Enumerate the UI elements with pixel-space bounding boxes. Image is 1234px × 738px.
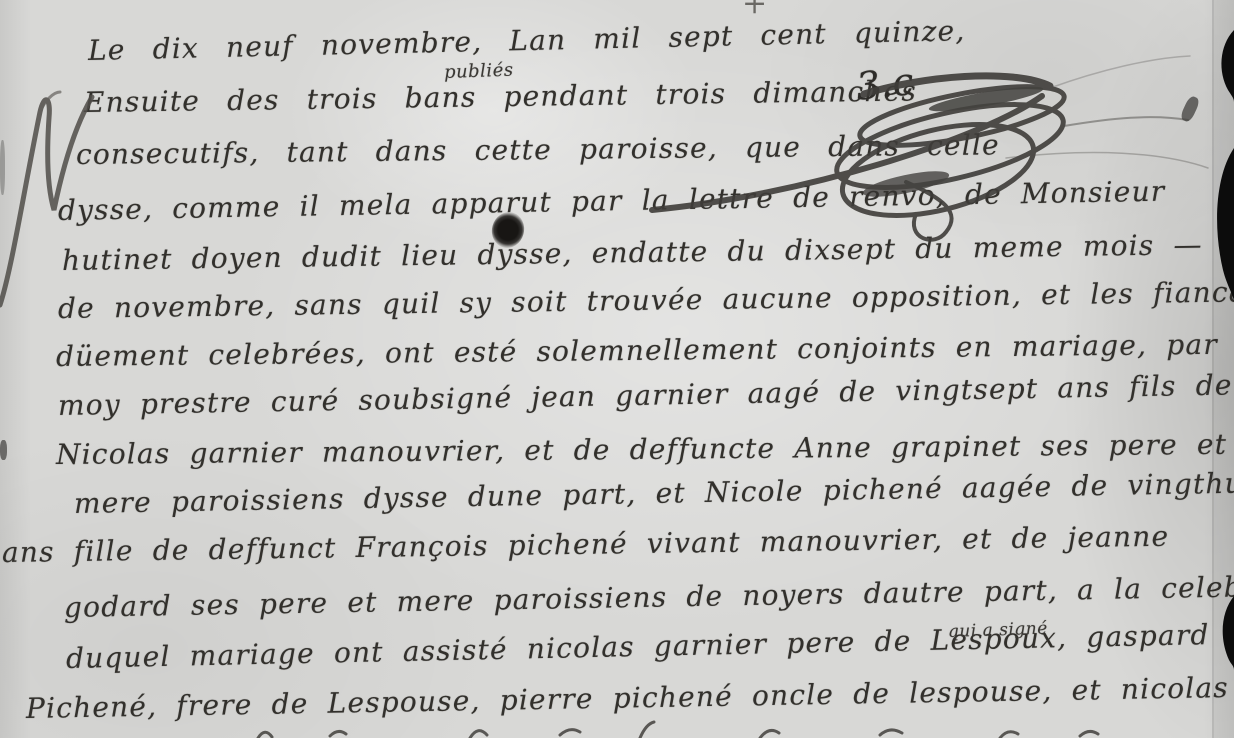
scan-edge-speck — [0, 440, 7, 460]
manuscript-line: düement celebrées, ont esté solemnelleme… — [56, 328, 1218, 373]
manuscript-line: Nicolas garnier manouvrier, et de deffun… — [56, 428, 1227, 471]
manuscript-line: ans fille de deffunct François pichené v… — [2, 520, 1170, 569]
scan-edge-speck — [0, 140, 5, 195]
manuscript-line: hutinet doyen dudit lieu dysse, endatte … — [62, 228, 1203, 277]
cutoff-line-strokes — [258, 722, 1098, 738]
top-cross-mark: + — [742, 0, 767, 21]
manuscript-line: Le dix neuf novembre, Lan mil sept cent … — [88, 14, 966, 67]
manuscript-line: mere paroissiens dysse dune part, et Nic… — [74, 466, 1234, 520]
manuscript-page: Le dix neuf novembre, Lan mil sept cent … — [0, 0, 1234, 738]
manuscript-line: dysse, comme il mela apparut par la lett… — [58, 175, 1166, 227]
ink-spot — [1179, 95, 1201, 124]
manuscript-line: Pichené, frere de Lespouse, pierre piche… — [26, 670, 1234, 725]
manuscript-line: consecutifs, tant dans cette paroisse, q… — [76, 128, 1000, 171]
etcetera-mark: 3.c — [854, 59, 916, 109]
interlinear-note-qui-a-signe: qui a signé — [948, 619, 1048, 642]
manuscript-line: moy prestre curé soubsigné jean garnier … — [58, 369, 1233, 422]
manuscript-line: godard ses pere et mere paroissiens de n… — [64, 569, 1234, 624]
manuscript-line: Ensuite des trois bans pendant trois dim… — [84, 74, 917, 119]
manuscript-line: de novembre, sans quil sy soit trouvée a… — [58, 275, 1234, 325]
interlinear-note-publies: publiés — [444, 60, 514, 83]
